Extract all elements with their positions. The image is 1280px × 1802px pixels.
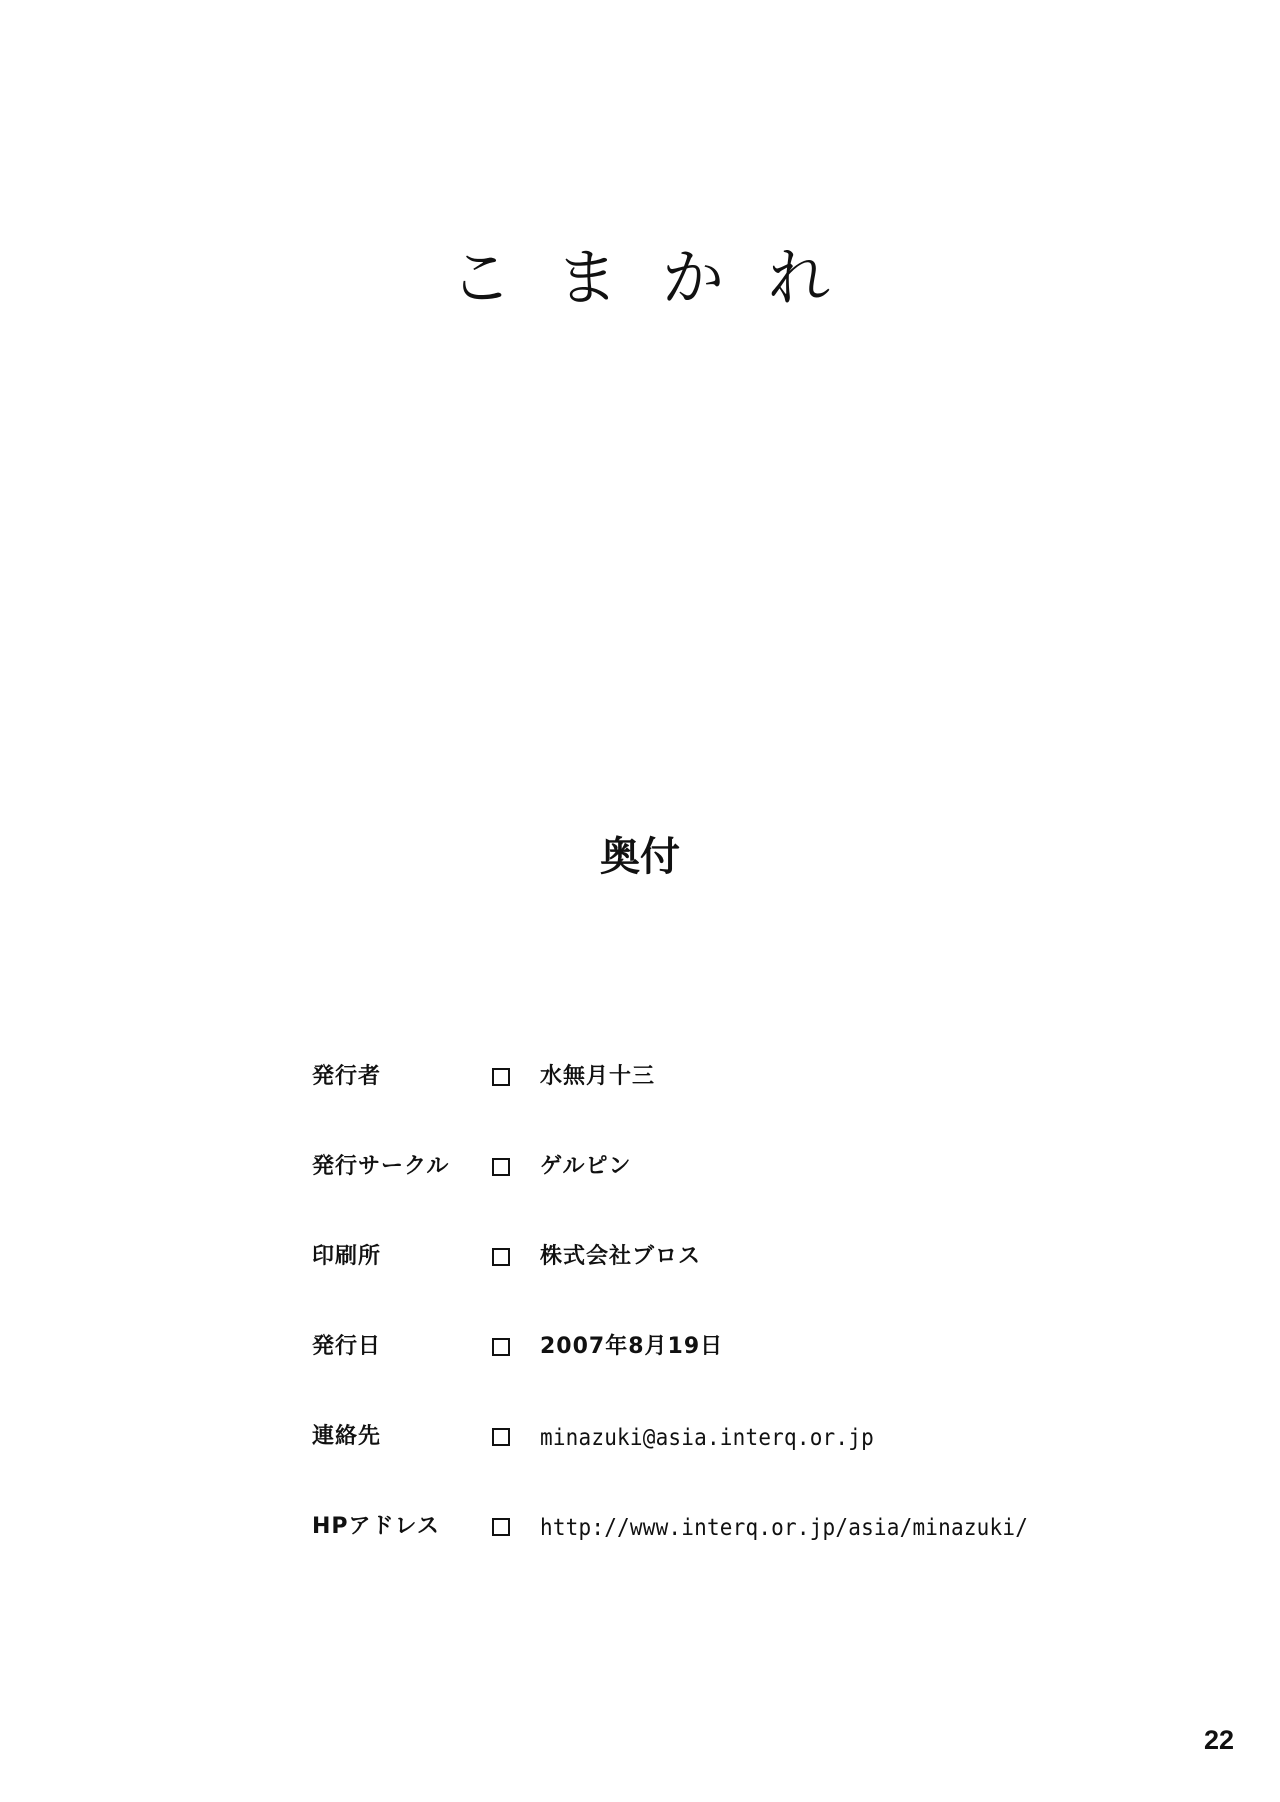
homepage-url: http://www.interq.or.jp/asia/minazuki/ (540, 1510, 1028, 1544)
info-row-homepage: HPアドレス http://www.interq.or.jp/asia/mina… (312, 1512, 1212, 1542)
square-bullet-icon (492, 1158, 510, 1176)
square-bullet-icon (492, 1518, 510, 1536)
page-number: 22 (1204, 1724, 1234, 1756)
info-label: 発行サークル (312, 1152, 449, 1182)
info-row-printer: 印刷所 株式会社ブロス (312, 1242, 1212, 1272)
colophon-heading: 奥付 (0, 832, 1280, 882)
book-title: こまかれ (0, 240, 1280, 316)
info-row-publisher: 発行者 水無月十三 (312, 1062, 1212, 1092)
info-row-publish-date: 発行日 2007年8月19日 (312, 1332, 1212, 1362)
square-bullet-icon (492, 1248, 510, 1266)
info-value: 水無月十三 (540, 1062, 655, 1092)
square-bullet-icon (492, 1428, 510, 1446)
info-row-contact: 連絡先 minazuki@asia.interq.or.jp (312, 1422, 1212, 1452)
info-row-circle: 発行サークル ゲルピン (312, 1152, 1212, 1182)
info-label: 発行日 (312, 1332, 381, 1362)
contact-email: minazuki@asia.interq.or.jp (540, 1420, 874, 1454)
info-value: ゲルピン (540, 1152, 632, 1182)
square-bullet-icon (492, 1068, 510, 1086)
info-value: 2007年8月19日 (540, 1332, 723, 1362)
info-label: HPアドレス (312, 1512, 440, 1542)
info-label: 発行者 (312, 1062, 381, 1092)
square-bullet-icon (492, 1338, 510, 1356)
info-value: 株式会社ブロス (540, 1242, 701, 1272)
info-label: 印刷所 (312, 1242, 381, 1272)
info-label: 連絡先 (312, 1422, 381, 1452)
